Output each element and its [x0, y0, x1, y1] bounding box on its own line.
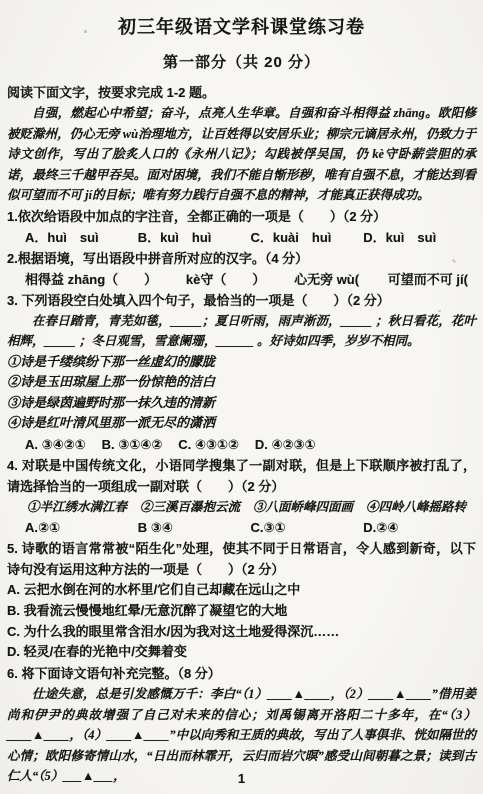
q2-blank-wu: 心无旁 wù(: [294, 269, 359, 290]
q5-stem: 5. 诗歌的语言常常被“陌生化”处理，使其不同于日常语言，令人感到新奇，以下诗句…: [7, 538, 476, 580]
q3-item-1: ①诗是千缕缤纷下那一丝虚幻的朦胧: [7, 352, 476, 373]
q4-item-2: ②三溪百瀑抱云流: [140, 497, 240, 518]
q4-options: A.②① B ③④ C.③① D.②④: [7, 517, 476, 538]
q3-stem: 3. 下列语段空白处填入四个句子，最恰当的一项是（ ）（2 分）: [7, 290, 476, 311]
scan-speck: [438, 310, 441, 312]
scan-speck: [84, 30, 87, 33]
q1-stem: 1.依次给语段中加点的字注音，全都正确的一项是（ ）（2 分）: [7, 206, 476, 227]
exam-page: 初三年级语文学科课堂练习卷 第一部分（共 20 分） 阅读下面文字，按要求完成 …: [0, 0, 483, 794]
q1-option-c: C．kuài huì: [251, 227, 364, 248]
q4-item-1: ①半江绣水满江春: [27, 497, 127, 518]
q4-option-b: B ③④: [138, 517, 251, 538]
page-number: 1: [0, 771, 483, 786]
q4-item-4: ④四岭八峰摇路转: [366, 497, 466, 518]
q1-options: A．huì suì B．kuì huì C．kuài huì D．kuì suì: [7, 227, 476, 248]
q4-option-a: A.②①: [25, 517, 138, 538]
q3-item-3: ③诗是绿茵遍野时那一抹久违的清新: [7, 393, 476, 414]
q3-option-b: B. ③①④②: [102, 434, 163, 455]
q4-stem: 4. 对联是中国传统文化，小语同学搜集了一副对联，但是上下联顺序被打乱了，请选择…: [7, 455, 476, 497]
q2-blank-row: 相得益 zhāng（ ） kè守（ ） 心无旁 wù( 可望而不可 jí(: [7, 269, 476, 290]
q4-option-d: D.②④: [363, 517, 476, 538]
q4-couplet-items: ①半江绣水满江春 ②三溪百瀑抱云流 ③八面峤峰四面画 ④四岭八峰摇路转: [7, 497, 476, 518]
q6-stem: 6. 将下面诗文语句补充完整。（8 分）: [7, 663, 476, 684]
q3-option-d: D. ④②③①: [255, 434, 316, 455]
q4-item-3: ③八面峤峰四面画: [253, 497, 353, 518]
q2-blank-ji: 可望而不可 jí(: [388, 269, 468, 290]
q2-blank-zhang: 相得益 zhāng（ ）: [25, 269, 157, 290]
q3-option-a: A. ③④②①: [25, 434, 86, 455]
q5-option-d: D. 轻灵/在春的光艳中/交舞着变: [7, 642, 476, 663]
q2-stem: 2.根据语境，写出语段中拼音所对应的汉字。（4 分）: [7, 248, 476, 269]
reading-passage: 自强，燃起心中希望；奋斗，点亮人生华章。自强和奋斗相得益 zhāng。欧阳修被贬…: [7, 103, 476, 206]
q2-blank-ke: kè守（ ）: [186, 269, 265, 290]
q5-option-a: A. 云把水倒在河的水杯里/它们自己却藏在远山之中: [7, 580, 476, 601]
q3-item-2: ②诗是玉田琼屋上那一份惊艳的洁白: [7, 372, 476, 393]
section-heading: 第一部分（共 20 分）: [7, 52, 476, 74]
q1-option-b: B．kuì huì: [138, 227, 251, 248]
q3-options: A. ③④②① B. ③①④② C. ④③①② D. ④②③①: [7, 434, 476, 455]
intro-instruction: 阅读下面文字，按要求完成 1-2 题。: [7, 82, 476, 103]
q3-option-c: C. ④③①②: [178, 434, 239, 455]
q5-option-c: C. 为什么我的眼里常含泪水/因为我对这土地爱得深沉……: [7, 622, 476, 643]
q1-option-d: D．kuì suì: [363, 227, 476, 248]
page-title: 初三年级语文学科课堂练习卷: [7, 14, 476, 40]
q3-item-4: ④诗是红叶清风里那一派无尽的潇洒: [7, 413, 476, 434]
q1-option-a: A．huì suì: [25, 227, 138, 248]
q5-option-b: B. 我看流云慢慢地红晕/无意沉醉了凝望它的大地: [7, 601, 476, 622]
q4-option-c: C.③①: [251, 517, 364, 538]
q3-passage: 在春日踏青，青芜如毯，_____；夏日听雨，雨声淅沥，_____ ；秋日看花，花…: [7, 311, 476, 352]
